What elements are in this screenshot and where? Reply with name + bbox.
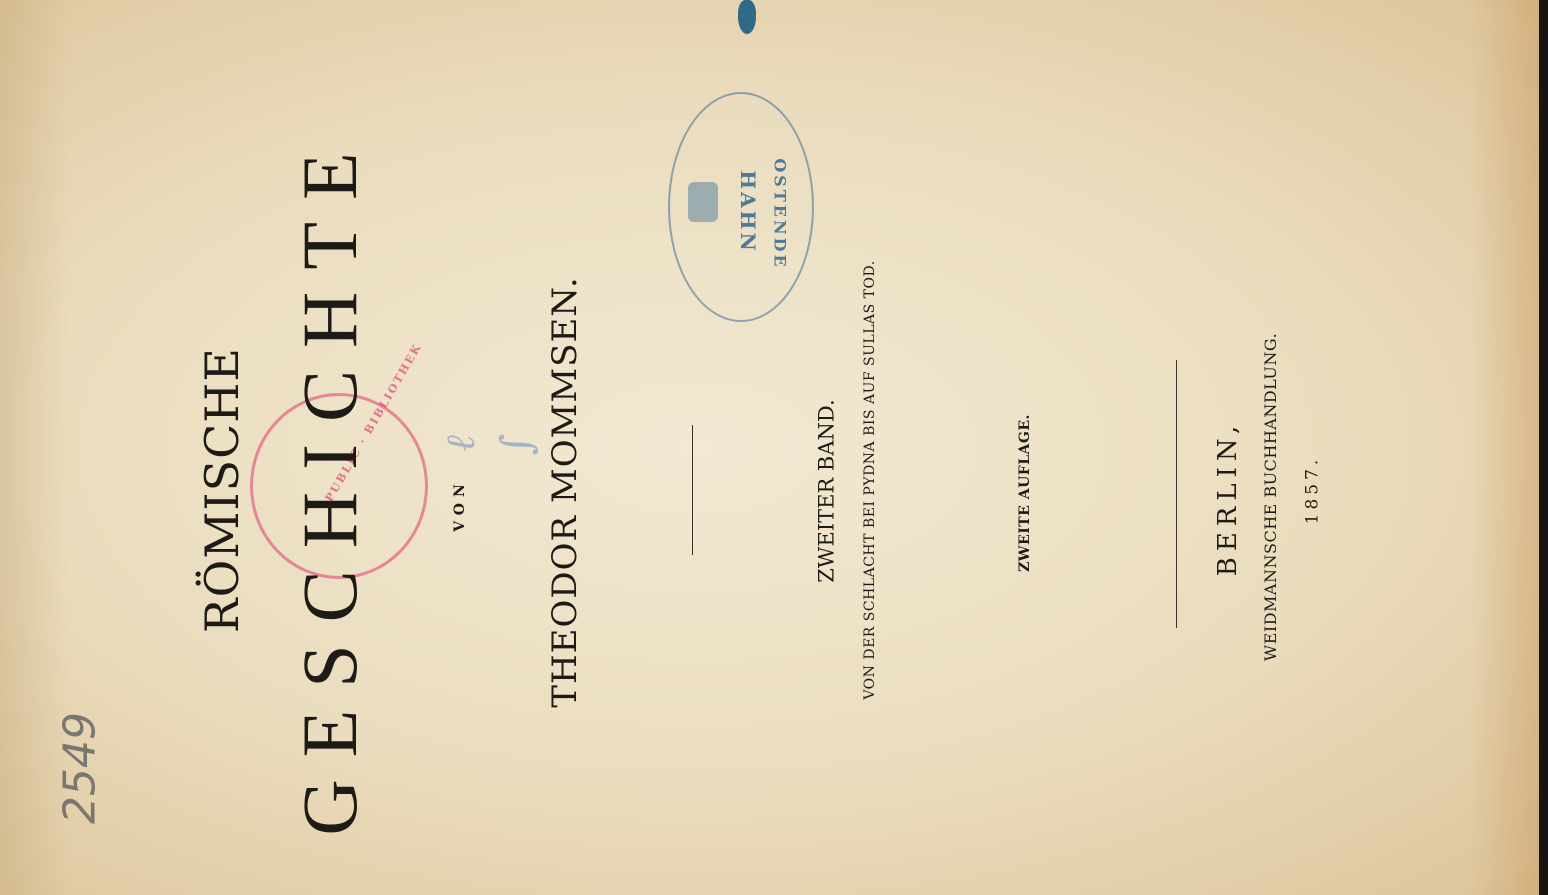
imprint-city: BERLIN,: [1215, 420, 1241, 577]
blue-oval-stamp: HAHN OSTENDE: [668, 92, 814, 322]
blue-stamp-text-1: HAHN: [736, 170, 760, 254]
volume-label: ZWEITER BAND.: [817, 399, 838, 582]
divider-rule-2: [1176, 360, 1177, 628]
divider-rule: [692, 425, 693, 555]
page-edge-stain: [1469, 0, 1539, 895]
ink-blot: [738, 0, 756, 34]
title-line-2: GESCHICHTE: [291, 130, 369, 835]
byline-von: VON: [453, 478, 467, 532]
pencil-shelf-number: 2549: [55, 712, 106, 824]
crown-emblem-icon: [688, 182, 718, 222]
pencil-signature-2: ∫: [491, 434, 540, 456]
title-page: 2549 PUBLIC · BIBLIOTHEK HAHN OSTENDE ℓ …: [0, 0, 1548, 895]
title-line-1: RÖMISCHE: [199, 347, 245, 633]
book-spine-edge: [1539, 0, 1548, 895]
edition-label: ZWEITE AUFLAGE.: [1018, 414, 1032, 572]
imprint-year: 1857.: [1305, 456, 1322, 525]
blue-stamp-text-2: OSTENDE: [771, 158, 790, 269]
volume-subtitle: VON DER SCHLACHT BEI PYDNA BIS AUF SULLA…: [863, 260, 877, 699]
author-name: THEODOR MOMMSEN.: [548, 276, 582, 707]
pencil-signature: ℓ: [437, 435, 484, 452]
imprint-publisher: WEIDMANNSCHE BUCHHANDLUNG.: [1263, 333, 1279, 661]
